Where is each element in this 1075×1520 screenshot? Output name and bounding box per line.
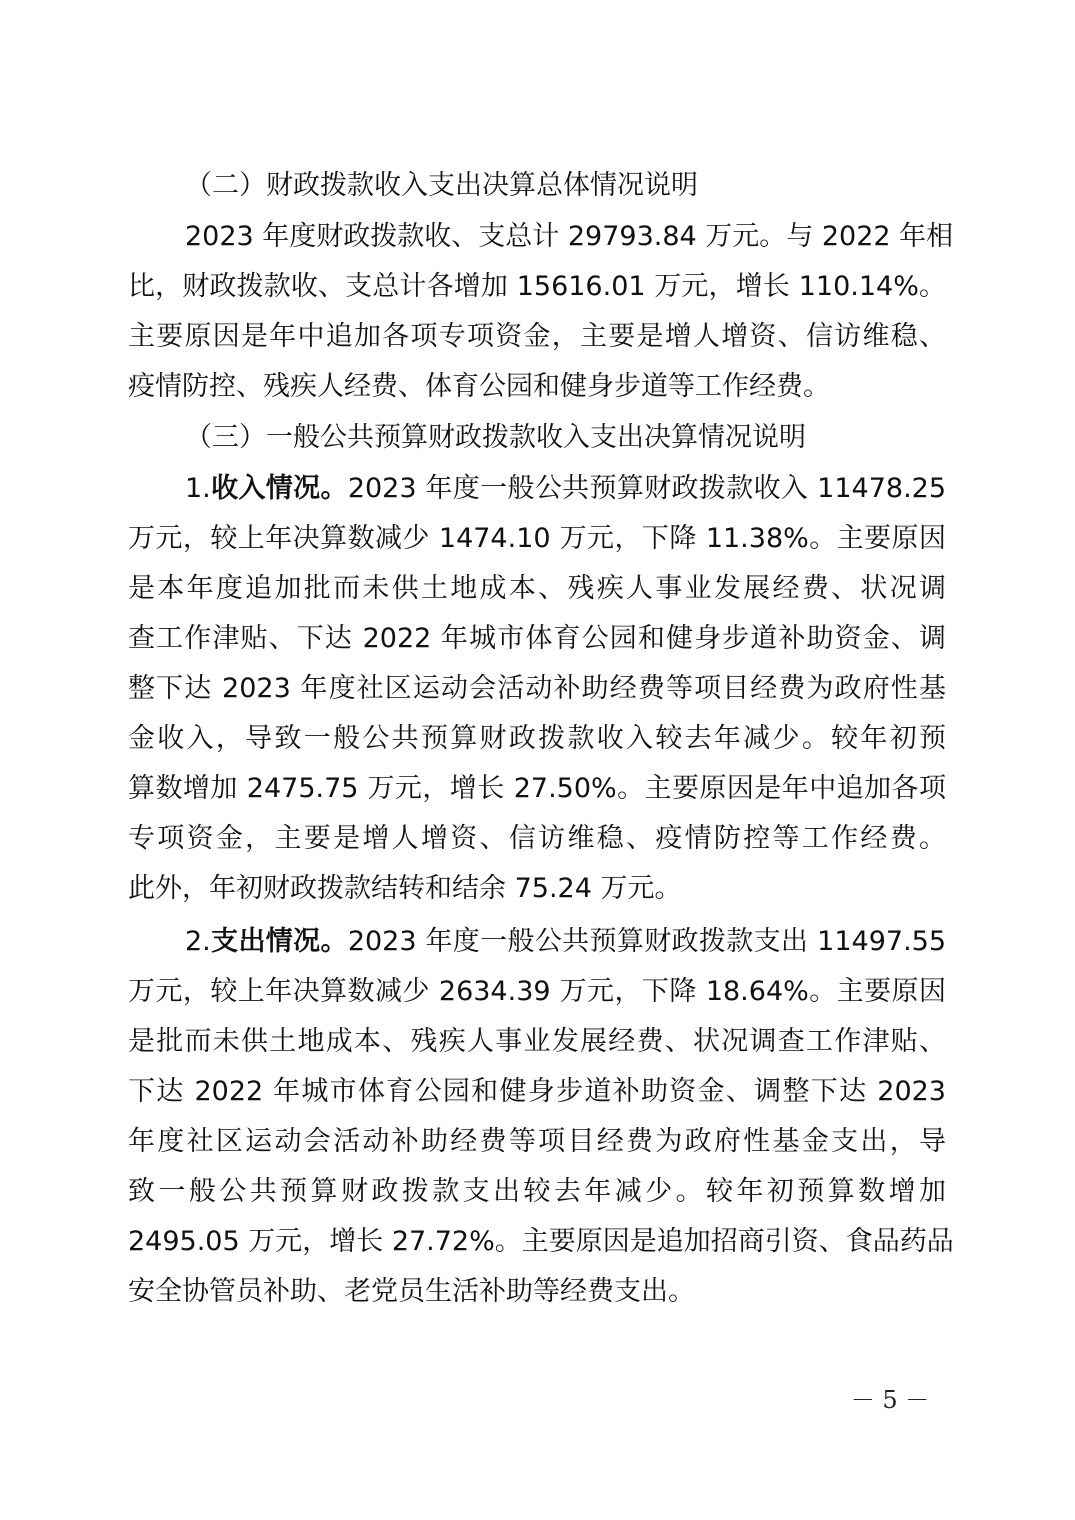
expenditure-item-number: 2. [185, 926, 211, 957]
section-heading-2: （二）财政拨款收入支出决算总体情况说明 [185, 166, 698, 206]
expenditure-item-title: 支出情况。 [211, 926, 348, 957]
paragraph-line: 整下达 2023 年度社区运动会活动补助经费等项目经费为政府性基 [128, 669, 946, 709]
paragraph-line: 算数增加 2475.75 万元，增长 27.50%。主要原因是年中追加各项 [128, 769, 946, 809]
page-number: － 5 － [840, 1380, 940, 1420]
income-paragraph-first-line: 1.收入情况。2023 年度一般公共预算财政拨款收入 11478.25 [185, 469, 946, 509]
expenditure-paragraph-first-line: 2.支出情况。2023 年度一般公共预算财政拨款支出 11497.55 [185, 922, 946, 962]
paragraph-line: 万元，较上年决算数减少 2634.39 万元，下降 18.64%。主要原因 [128, 972, 946, 1012]
paragraph-line: 安全协管员补助、老党员生活补助等经费支出。 [128, 1272, 946, 1312]
paragraph-line: 下达 2022 年城市体育公园和健身步道补助资金、调整下达 2023 [128, 1072, 946, 1112]
paragraph-line: 疫情防控、残疾人经费、体育公园和健身步道等工作经费。 [128, 367, 946, 407]
paragraph-line: 万元，较上年决算数减少 1474.10 万元，下降 11.38%。主要原因 [128, 519, 946, 559]
income-item-text: 2023 年度一般公共预算财政拨款收入 11478.25 [348, 473, 946, 504]
paragraph-line: 是本年度追加批而未供土地成本、残疾人事业发展经费、状况调 [128, 569, 946, 609]
paragraph-line: 专项资金，主要是增人增资、信访维稳、疫情防控等工作经费。 [128, 819, 946, 859]
income-item-number: 1. [185, 473, 211, 504]
paragraph-line: 比，财政拨款收、支总计各增加 15616.01 万元，增长 110.14%。 [128, 267, 946, 307]
paragraph-line: 年度社区运动会活动补助经费等项目经费为政府性基金支出，导 [128, 1122, 946, 1162]
paragraph-line: 金收入，导致一般公共预算财政拨款收入较去年减少。较年初预 [128, 719, 946, 759]
income-item-title: 收入情况。 [211, 473, 348, 504]
section-heading-3: （三）一般公共预算财政拨款收入支出决算情况说明 [185, 418, 806, 458]
paragraph-line: 2495.05 万元，增长 27.72%。主要原因是追加招商引资、食品药品 [128, 1222, 946, 1262]
paragraph-line: 致一般公共预算财政拨款支出较去年减少。较年初预算数增加 [128, 1172, 946, 1212]
paragraph-line: 此外，年初财政拨款结转和结余 75.24 万元。 [128, 869, 946, 909]
expenditure-item-text: 2023 年度一般公共预算财政拨款支出 11497.55 [348, 926, 946, 957]
paragraph-line: 2023 年度财政拨款收、支总计 29793.84 万元。与 2022 年相 [185, 217, 946, 257]
document-page: （二）财政拨款收入支出决算总体情况说明 2023 年度财政拨款收、支总计 297… [0, 0, 1075, 1520]
paragraph-line: 查工作津贴、下达 2022 年城市体育公园和健身步道补助资金、调 [128, 619, 946, 659]
paragraph-line: 主要原因是年中追加各项专项资金，主要是增人增资、信访维稳、 [128, 317, 946, 357]
paragraph-line: 是批而未供土地成本、残疾人事业发展经费、状况调查工作津贴、 [128, 1022, 946, 1062]
